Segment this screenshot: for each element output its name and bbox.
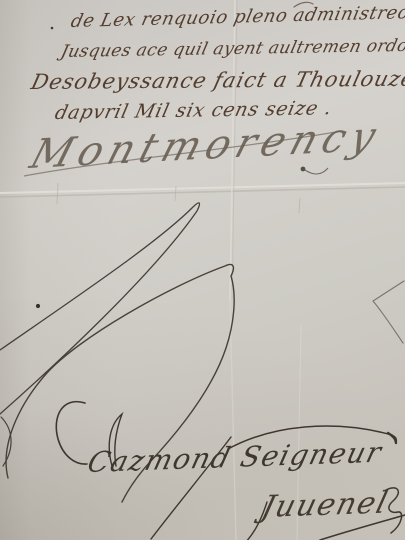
- manuscript-canvas: de Lex renquoio pleno administreo Le Jus…: [0, 0, 405, 540]
- counter-signature-line-2: Juuenel: [252, 486, 392, 525]
- ink-speck-small: [51, 27, 54, 30]
- body-line-3: Desobeyssance faict a Thoulouze Le: [28, 67, 405, 95]
- ink-speck: [36, 304, 40, 308]
- principal-signature-dot: [301, 167, 306, 172]
- manuscript-photo: de Lex renquoio pleno administreo Le Jus…: [0, 0, 405, 540]
